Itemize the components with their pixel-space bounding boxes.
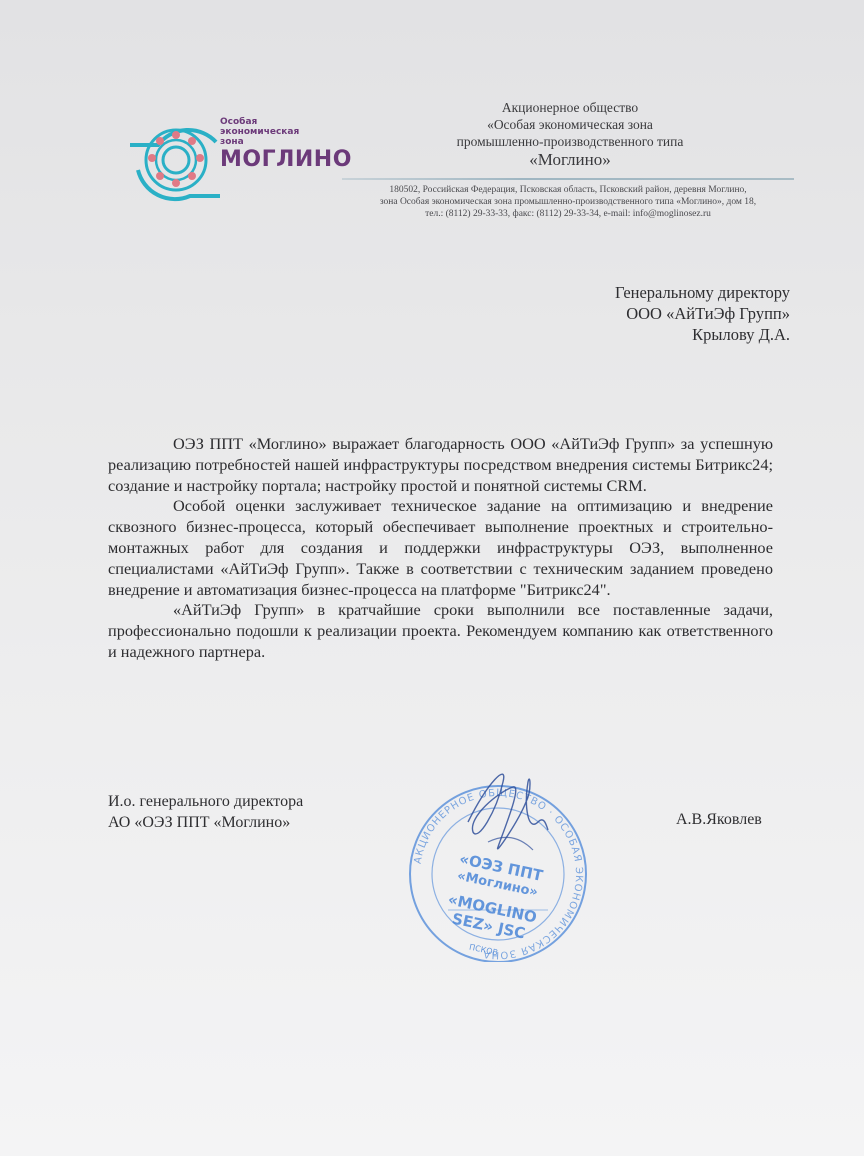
company-stamp: АКЦИОНЕРНОЕ ОБЩЕСТВО · ОСОБАЯ ЭКОНОМИЧЕС… (398, 762, 598, 962)
org-address: 180502, Российская Федерация, Псковская … (345, 184, 791, 220)
addressee-line: Генеральному директору (615, 282, 790, 303)
addressee-line: ООО «АйТиЭф Групп» (615, 303, 790, 324)
logo-text: Особая экономическая зона МОГЛИНО (220, 117, 352, 172)
signatory-name: А.В.Яковлев (676, 811, 762, 829)
signatory-title-line: АО «ОЭЗ ППТ «Моглино» (108, 812, 303, 833)
body-paragraph: ОЭЗ ППТ «Моглино» выражает благодарность… (108, 434, 773, 496)
address-line: 180502, Российская Федерация, Псковская … (345, 184, 791, 196)
address-line: зона Особая экономическая зона промышлен… (345, 196, 791, 208)
org-line: промышленно-производственного типа (400, 133, 740, 150)
organization-header: Акционерное общество «Особая экономическ… (400, 99, 740, 170)
stamp-seal-icon: АКЦИОНЕРНОЕ ОБЩЕСТВО · ОСОБАЯ ЭКОНОМИЧЕС… (398, 762, 598, 962)
org-line: «Особая экономическая зона (400, 116, 740, 133)
signatory-title-line: И.о. генерального директора (108, 791, 303, 812)
logo-line-1: Особая (220, 117, 352, 127)
logo-brand: МОГЛИНО (220, 148, 352, 172)
org-line: Акционерное общество (400, 99, 740, 116)
signatory-title: И.о. генерального директора АО «ОЭЗ ППТ … (108, 791, 303, 833)
body-paragraph: Особой оценки заслуживает техническое за… (108, 496, 773, 600)
company-logo: Особая экономическая зона МОГЛИНО (128, 112, 328, 202)
logo-rings-icon (128, 112, 220, 202)
logo-line-2: экономическая (220, 127, 352, 137)
logo-line-3: зона (220, 137, 352, 147)
body-paragraph: «АйТиЭф Групп» в кратчайшие сроки выполн… (108, 600, 773, 662)
header-divider (342, 178, 794, 180)
address-line: тел.: (8112) 29-33-33, факс: (8112) 29-3… (345, 208, 791, 220)
letter-body: ОЭЗ ППТ «Моглино» выражает благодарность… (108, 434, 773, 663)
org-name: «Моглино» (400, 150, 740, 170)
addressee-block: Генеральному директору ООО «АйТиЭф Групп… (615, 282, 790, 345)
addressee-line: Крылову Д.А. (615, 324, 790, 345)
